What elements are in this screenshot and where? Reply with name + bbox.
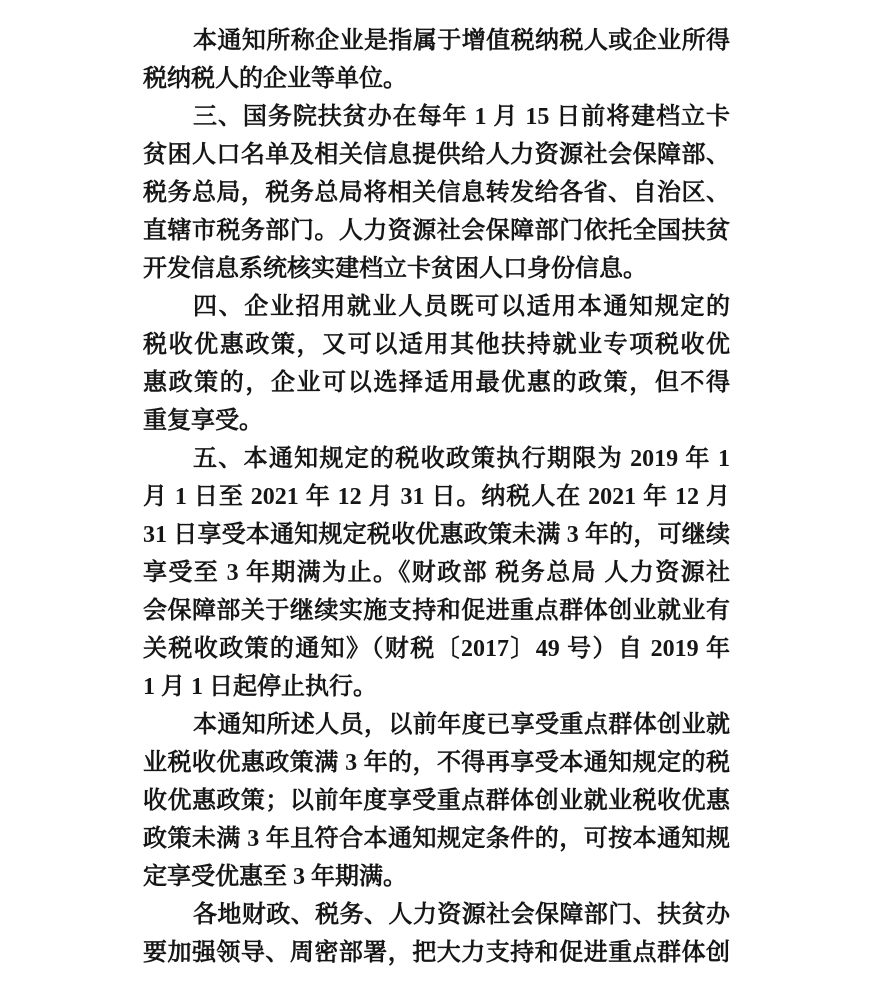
text-line: 本通知所称企业是指属于增值税纳税人或企业所得 [143, 22, 730, 60]
text-line: 开发信息系统核实建档立卡贫困人口身份信息。 [143, 250, 730, 288]
text-line: 直辖市税务部门。人力资源社会保障部门依托全国扶贫 [143, 212, 730, 250]
text-line: 贫困人口名单及相关信息提供给人力资源社会保障部、 [143, 136, 730, 174]
text-line: 重复享受。 [143, 402, 730, 440]
text-line: 关税收政策的通知》（财税〔2017〕49 号）自 2019 年 [143, 630, 730, 668]
text-line: 定享受优惠至 3 年期满。 [143, 858, 730, 896]
text-line: 四、企业招用就业人员既可以适用本通知规定的 [143, 288, 730, 326]
document-text-block: 本通知所称企业是指属于增值税纳税人或企业所得 税纳税人的企业等单位。 三、国务院… [143, 22, 730, 972]
text-line: 税务总局，税务总局将相关信息转发给各省、自治区、 [143, 174, 730, 212]
text-line: 收优惠政策；以前年度享受重点群体创业就业税收优惠 [143, 782, 730, 820]
text-line: 1 月 1 日起停止执行。 [143, 668, 730, 706]
text-line: 税收优惠政策，又可以适用其他扶持就业专项税收优 [143, 326, 730, 364]
text-line: 政策未满 3 年且符合本通知规定条件的，可按本通知规 [143, 820, 730, 858]
text-line: 税纳税人的企业等单位。 [143, 60, 730, 98]
text-line: 五、本通知规定的税收政策执行期限为 2019 年 1 [143, 440, 730, 478]
text-line: 月 1 日至 2021 年 12 月 31 日。纳税人在 2021 年 12 月 [143, 478, 730, 516]
text-line: 本通知所述人员，以前年度已享受重点群体创业就 [143, 706, 730, 744]
text-line: 享受至 3 年期满为止。《财政部 税务总局 人力资源社 [143, 554, 730, 592]
text-line: 三、国务院扶贫办在每年 1 月 15 日前将建档立卡 [143, 98, 730, 136]
document-page: 本通知所称企业是指属于增值税纳税人或企业所得 税纳税人的企业等单位。 三、国务院… [0, 0, 873, 982]
text-line: 各地财政、税务、人力资源社会保障部门、扶贫办 [143, 896, 730, 934]
text-line: 31 日享受本通知规定税收优惠政策未满 3 年的，可继续 [143, 516, 730, 554]
text-line: 惠政策的，企业可以选择适用最优惠的政策，但不得 [143, 364, 730, 402]
text-line: 业税收优惠政策满 3 年的，不得再享受本通知规定的税 [143, 744, 730, 782]
text-line: 会保障部关于继续实施支持和促进重点群体创业就业有 [143, 592, 730, 630]
text-line: 要加强领导、周密部署，把大力支持和促进重点群体创 [143, 934, 730, 972]
